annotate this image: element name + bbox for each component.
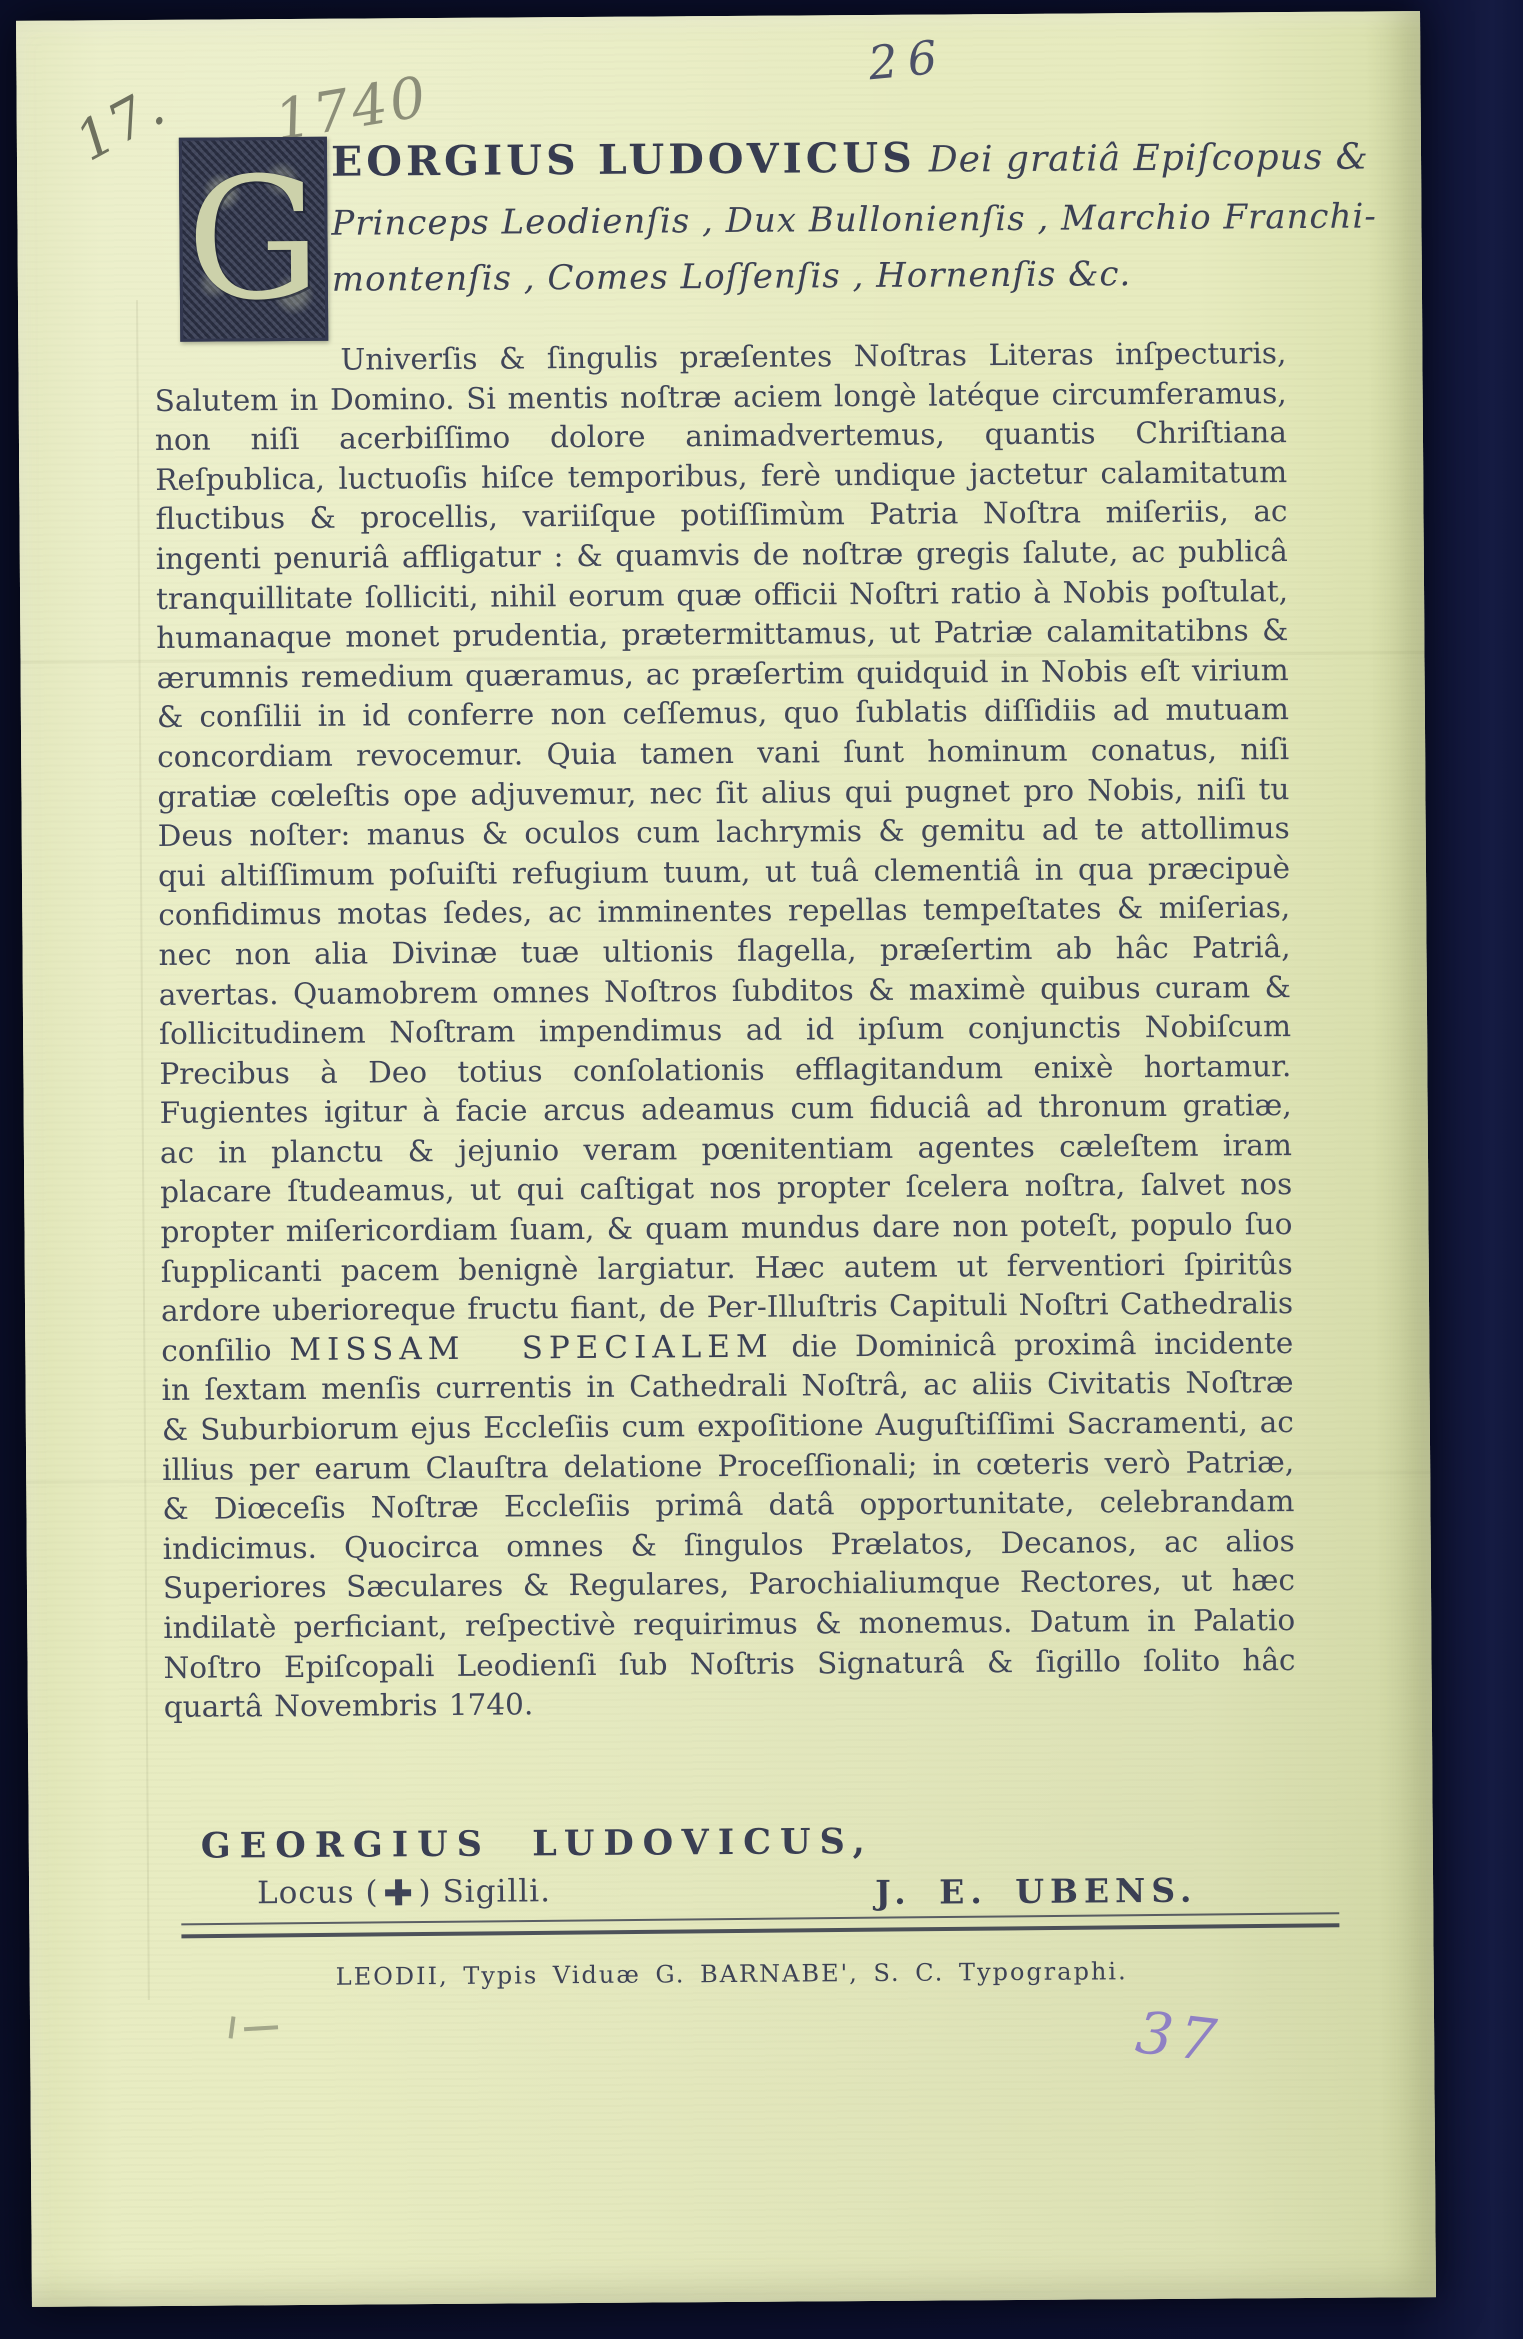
seal-line-suffix: ) Sigilli. [418,1873,551,1910]
handwritten-page-number-bottom: 37 [1133,1998,1226,2075]
maltese-cross-icon [385,1879,411,1905]
printer-imprint: LEODII, Typis Viduæ G. BARNABE', S. C. T… [30,1955,1434,1993]
divider-rule [181,1912,1339,1938]
missam-specialem-emphasis: MISSAM SPECIALEM [289,1329,774,1368]
seal-line-prefix: Locus ( [257,1874,379,1911]
secretary-signature: J. E. UBENS. [875,1871,1198,1912]
issuer-name: EORGIUS LUDOVICUS [331,134,916,186]
header-line-1: EORGIUS LUDOVICUS Dei gratiâ Epiſcopus & [331,124,1331,196]
header-line-2: Princeps Leodienſis , Dux Bullonienſis ,… [331,189,1331,252]
document-page: 17. 1740 26 G EORGIUS LUDOVICUS Dei grat… [16,11,1436,2307]
body-text-part2: die Dominicâ proximâ incidente in ſextam… [161,1326,1295,1724]
body-text-part1: Univerſis & ſingulis præſentes Noſtras L… [155,336,1294,1368]
signature-name: GEORGIUS LUDOVICUS, [201,1821,874,1867]
pencil-smudge [230,2014,290,2040]
photo-backdrop: 17. 1740 26 G EORGIUS LUDOVICUS Dei grat… [0,0,1523,2339]
drop-cap-letter: G [186,155,321,324]
seal-line: Locus () Sigilli. [257,1873,551,1911]
handwritten-page-number-top: 26 [866,29,949,90]
paper-crease-vertical [136,300,150,2000]
body-paragraph: Univerſis & ſingulis præſentes Noſtras L… [154,334,1296,1728]
header-line-3: montenſis , Comes Loſſenſis , Hornenſis … [332,245,1332,308]
issuer-style: Dei gratiâ Epiſcopus & [929,136,1369,180]
document-header: EORGIUS LUDOVICUS Dei gratiâ Epiſcopus &… [331,124,1332,308]
woodcut-initial-icon: G [179,137,328,342]
handwritten-corner-mark: 17. [65,74,176,173]
